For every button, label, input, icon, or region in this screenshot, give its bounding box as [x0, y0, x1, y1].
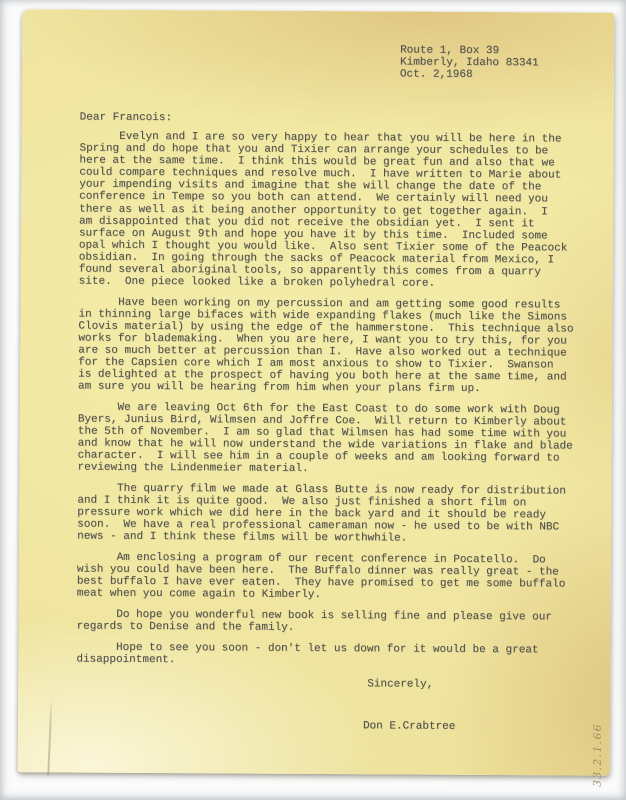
- letter-paragraph: Am enclosing a program of our recent con…: [77, 552, 589, 604]
- letter-paragraph: Have been working on my percussion and a…: [78, 296, 591, 396]
- letter-paragraph: Evelyn and I are so very happy to hear t…: [79, 131, 592, 291]
- letter-paragraph: Hope to see you soon - don't let us down…: [76, 641, 588, 668]
- signature-name: Don E.Crabtree: [363, 720, 455, 733]
- date-line: Oct. 2,1968: [400, 69, 539, 82]
- letter-paragraph: We are leaving Oct 6th for the East Coas…: [77, 402, 589, 478]
- letter-paragraph: The quarry film we made at Glass Butte i…: [77, 483, 589, 547]
- letter-page: Route 1, Box 39 Kimberly, Idaho 83341 Oc…: [18, 9, 615, 776]
- archival-number-handwritten: 33.2.1.66: [592, 699, 605, 787]
- letter-paragraph: Do hope you wonderful new book is sellin…: [77, 608, 589, 635]
- sender-address: Route 1, Box 39 Kimberly, Idaho 83341 Oc…: [400, 45, 539, 82]
- address-line: Route 1, Box 39: [400, 45, 539, 58]
- letter-body: Evelyn and I are so very happy to hear t…: [76, 131, 591, 677]
- closing: Sincerely,: [367, 678, 433, 690]
- address-line: Kimberly, Idaho 83341: [400, 57, 539, 70]
- salutation: Dear Francois:: [80, 112, 172, 125]
- scanned-letter: Route 1, Box 39 Kimberly, Idaho 83341 Oc…: [0, 0, 626, 800]
